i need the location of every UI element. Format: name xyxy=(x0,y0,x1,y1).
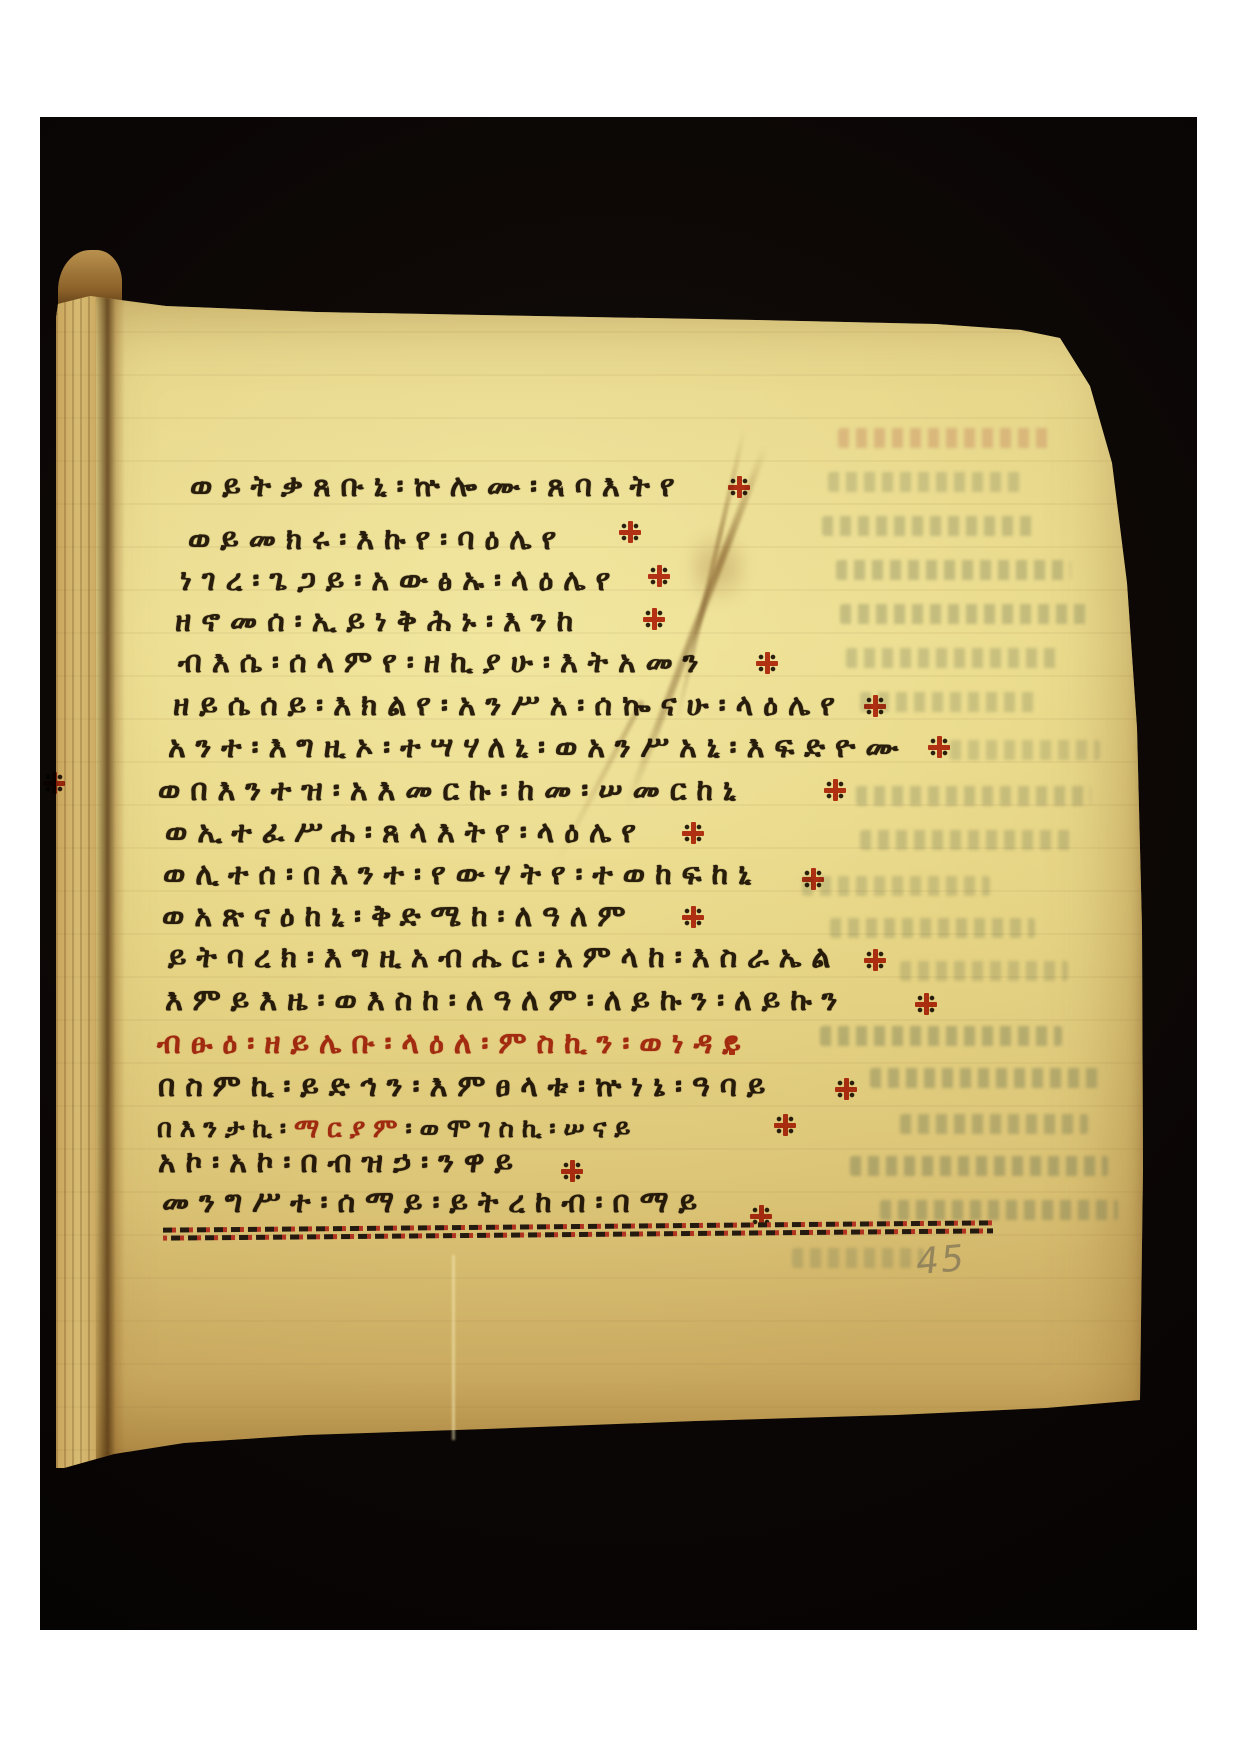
geez-text-segment: ብእሴ፡ሰላምየ፡ዘኪያሁ፡እትአመን xyxy=(178,645,708,680)
page-number: 45 xyxy=(914,1238,967,1283)
geez-text-segment: አንተ፡እግዚኦ፡ተሣሃለኒ፡ወአንሥአኒ፡እፍድዮሙ xyxy=(168,730,909,765)
geez-text-segment: በእንታኪ፡ xyxy=(157,1114,294,1144)
manuscript-line: ወሊተሰ፡በእንተ፡የውሃትየ፡ተወከፍከኒ xyxy=(163,858,761,892)
manuscript-line: ብእሴ፡ሰላምየ፡ዘኪያሁ፡እትአመን xyxy=(178,646,708,680)
manuscript-line: እምይእዜ፡ወእስከ፡ለዓለም፡ለይኩን፡ለይኩን xyxy=(165,984,847,1018)
red-cross-mark xyxy=(43,772,65,794)
red-cross-mark xyxy=(864,949,886,971)
red-cross-mark xyxy=(682,822,704,844)
manuscript-line: ዘኖመሰ፡ኢይነቅሕኑ፡እንከ xyxy=(175,605,583,639)
geez-text-segment: ወአጽናዕከኒ፡ቅድሜከ፡ለዓለም xyxy=(162,899,635,934)
red-cross-mark xyxy=(864,695,886,717)
geez-text-segment: ዘይሴሰይ፡እክልየ፡አንሥአ፡ሰኰናሁ፡ላዕሌየ xyxy=(173,688,845,723)
scan-background: ወይትቃጸቡኒ፡ኵሎሙ፡ጸባእትየወይመክሩ፡እኩየ፡ባዕሌየነገረ፡ጌጋይ፡አ… xyxy=(0,0,1238,1753)
red-cross-mark xyxy=(682,906,704,928)
manuscript-text-block: ወይትቃጸቡኒ፡ኵሎሙ፡ጸባእትየወይመክሩ፡እኩየ፡ባዕሌየነገረ፡ጌጋይ፡አ… xyxy=(0,0,1238,1753)
manuscript-line: አንተ፡እግዚኦ፡ተሣሃለኒ፡ወአንሥአኒ፡እፍድዮሙ xyxy=(168,731,909,765)
geez-text-segment: ወይመክሩ፡እኩየ፡ባዕሌየ xyxy=(188,522,566,557)
manuscript-line: ወኢተፈሥሐ፡ጸላእትየ፡ላዕሌየ xyxy=(165,816,646,850)
rubric-text-segment: ብፁዕ፡ዘይሌቡ፡ላዕለ፡ምስኪን፡ወነዳይ xyxy=(157,1026,751,1061)
geez-text-segment: ወይትቃጸቡኒ፡ኵሎሙ፡ጸባእትየ xyxy=(190,469,685,504)
manuscript-line: ወበእንተዝ፡አእመርኩ፡ከመ፡ሠመርከኒ xyxy=(158,774,746,808)
red-cross-mark xyxy=(561,1160,583,1182)
manuscript-line: ወአጽናዕከኒ፡ቅድሜከ፡ለዓለም xyxy=(162,900,635,934)
geez-text-segment: ዘኖመሰ፡ኢይነቅሕኑ፡እንከ xyxy=(175,604,583,639)
red-section-dots xyxy=(729,1036,736,1056)
red-cross-mark xyxy=(728,476,750,498)
geez-text-segment: ወኢተፈሥሐ፡ጸላእትየ፡ላዕሌየ xyxy=(165,815,646,850)
red-cross-mark xyxy=(619,521,641,543)
manuscript-line: ወይመክሩ፡እኩየ፡ባዕሌየ xyxy=(188,523,566,557)
geez-text-segment: አኮ፡አኮ፡በብዝኃ፡ንዋይ xyxy=(158,1145,523,1180)
geez-text-segment: ወበእንተዝ፡አእመርኩ፡ከመ፡ሠመርከኒ xyxy=(158,773,746,808)
manuscript-line: አኮ፡አኮ፡በብዝኃ፡ንዋይ xyxy=(158,1146,523,1180)
manuscript-line: መንግሥተ፡ሰማይ፡ይትረከብ፡በማይ xyxy=(162,1186,707,1220)
geez-text-segment: ወሊተሰ፡በእንተ፡የውሃትየ፡ተወከፍከኒ xyxy=(163,857,761,892)
red-cross-mark xyxy=(802,868,824,890)
red-cross-mark xyxy=(824,779,846,801)
manuscript-line: ይትባረክ፡እግዚአብሔር፡አምላከ፡እስራኤል xyxy=(168,941,840,975)
red-cross-mark xyxy=(648,565,670,587)
manuscript-line: በእንታኪ፡ማርያም፡ወሞገስኪ፡ሠናይ xyxy=(157,1112,638,1146)
red-cross-mark xyxy=(774,1114,796,1136)
red-cross-mark xyxy=(835,1078,857,1100)
rubric-text-segment: ማርያም xyxy=(294,1114,405,1144)
red-cross-mark xyxy=(928,736,950,758)
geez-text-segment: ፡ወሞገስኪ፡ሠናይ xyxy=(405,1114,638,1144)
red-cross-mark xyxy=(756,652,778,674)
geez-text-segment: በስምኪ፡ይድኅን፡እምፀላቱ፡ኵነኔ፡ዓባይ xyxy=(158,1069,775,1104)
manuscript-line: ነገረ፡ጌጋይ፡አውፅኡ፡ላዕሌየ xyxy=(180,564,620,598)
manuscript-line: ብፁዕ፡ዘይሌቡ፡ላዕለ፡ምስኪን፡ወነዳይ xyxy=(157,1027,751,1061)
manuscript-line: ወይትቃጸቡኒ፡ኵሎሙ፡ጸባእትየ xyxy=(190,470,685,504)
manuscript-line: ዘይሴሰይ፡እክልየ፡አንሥአ፡ሰኰናሁ፡ላዕሌየ xyxy=(173,689,845,723)
manuscript-line: በስምኪ፡ይድኅን፡እምፀላቱ፡ኵነኔ፡ዓባይ xyxy=(158,1070,775,1104)
red-cross-mark xyxy=(915,993,937,1015)
geez-text-segment: ነገረ፡ጌጋይ፡አውፅኡ፡ላዕሌየ xyxy=(180,563,620,598)
red-cross-mark xyxy=(643,608,665,630)
geez-text-segment: መንግሥተ፡ሰማይ፡ይትረከብ፡በማይ xyxy=(162,1185,707,1220)
geez-text-segment: እምይእዜ፡ወእስከ፡ለዓለም፡ለይኩን፡ለይኩን xyxy=(165,983,847,1018)
geez-text-segment: ይትባረክ፡እግዚአብሔር፡አምላከ፡እስራኤል xyxy=(168,940,840,975)
